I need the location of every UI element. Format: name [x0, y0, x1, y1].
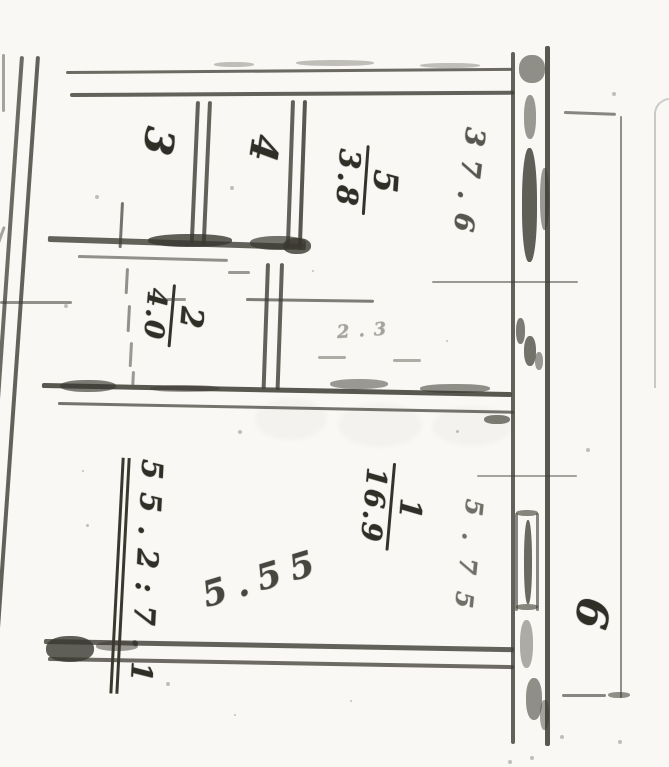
scan-speckle [238, 430, 242, 434]
ink-blot [540, 700, 549, 730]
scan-speckle [64, 304, 68, 308]
tick-left-wall-2 [166, 298, 186, 301]
wall-rooms34-b [202, 101, 212, 245]
faint-dash [318, 356, 346, 359]
wall-hall-b [276, 263, 284, 390]
wall-right-outer [545, 46, 550, 746]
dash-partition [131, 371, 135, 385]
dimension-tick-top [564, 111, 616, 115]
wall-rooms34-a [190, 101, 200, 243]
room-5-area: 3.8 [332, 146, 365, 211]
ink-blot [150, 385, 220, 392]
wall-right-inner [511, 52, 515, 744]
window-side-b [536, 513, 539, 611]
room-4-label: 4 [243, 132, 285, 164]
wall-top-inner [70, 91, 514, 97]
dimension-tick-bottom [562, 694, 606, 697]
scan-speckle [618, 740, 622, 744]
room-2-number: 2 [174, 303, 207, 331]
wall-hall-a [262, 263, 270, 389]
scan-speckle [86, 524, 89, 527]
room-5-number: 5 [368, 167, 403, 196]
ink-blot [516, 318, 525, 344]
scan-speckle [82, 470, 84, 472]
ink-blot [520, 620, 533, 668]
tick-right-wall-upper [432, 281, 578, 283]
ink-blot [283, 238, 311, 254]
ink-blot [46, 636, 94, 662]
scan-speckle [508, 760, 512, 764]
ink-blot [516, 604, 538, 610]
ink-blot [330, 379, 388, 389]
room-3-label: 3 [136, 124, 180, 158]
watermark-smudge [255, 398, 327, 440]
dash-partition [129, 342, 133, 367]
ink-blot [96, 641, 138, 651]
wall-rooms45-a [286, 100, 295, 248]
dash-partition [127, 305, 131, 332]
room-5-label: 5 3.8 [332, 146, 405, 214]
scan-speckle [612, 92, 616, 96]
tick-left-wall [0, 301, 72, 304]
tick-right-wall-lower [477, 475, 577, 477]
floor-plan-scan: 3 4 5 3.8 37.6 2 4.0 2.3 1 16.9 5.75 55.… [0, 0, 669, 767]
dimension-right-lower: 5.75 [449, 498, 486, 626]
scan-speckle [530, 756, 534, 760]
ink-blot [535, 352, 543, 370]
dash-partition [125, 268, 129, 294]
room-2-area: 4.0 [139, 285, 171, 344]
room-2-label: 2 4.0 [139, 285, 208, 347]
ink-blot [420, 384, 490, 393]
dimension-faint-center: 2.3 [336, 320, 395, 342]
room-1-area: 16.9 [356, 464, 391, 546]
ink-blot [148, 234, 232, 247]
ink-blot [214, 62, 254, 67]
scan-speckle [312, 270, 314, 272]
wall-mid-stub [228, 271, 250, 274]
room-1-label: 1 16.9 [356, 464, 427, 550]
dimension-right-upper: 37.6 [447, 126, 488, 246]
scan-speckle [446, 340, 448, 342]
ink-blot [524, 95, 536, 139]
scan-speckle [350, 700, 352, 702]
next-photo-card-edge [654, 98, 669, 388]
ink-blot [296, 60, 374, 66]
faint-dash [393, 359, 421, 362]
scan-speckle [456, 430, 459, 433]
room-1-number: 1 [393, 495, 425, 522]
wall-top-outer [66, 68, 512, 74]
ink-blot [516, 510, 538, 516]
ink-blot [540, 168, 549, 230]
scan-speckle [166, 682, 170, 686]
ink-blot [608, 692, 630, 698]
ink-blot [524, 520, 532, 604]
edge-mark [2, 54, 5, 112]
scan-speckle [230, 186, 234, 190]
scan-speckle [586, 448, 590, 452]
ink-blot [484, 415, 510, 424]
edge-mark [0, 226, 6, 251]
wall-mid-horizontal-2 [78, 255, 228, 261]
scan-speckle [560, 735, 564, 739]
window-side-a [515, 513, 518, 611]
ink-blot [60, 380, 116, 392]
dimension-outer-right: 6 [567, 594, 616, 632]
ink-blot [420, 63, 480, 68]
scan-speckle [95, 195, 99, 199]
scan-speckle [234, 714, 236, 716]
ink-blot [519, 55, 545, 83]
dimension-line-right [620, 116, 622, 698]
wall-rooms45-b [298, 100, 307, 250]
ink-blot [522, 148, 537, 262]
dimension-bottom-diagonal: 5.55 [198, 543, 328, 613]
wall-left-inner [0, 56, 40, 659]
